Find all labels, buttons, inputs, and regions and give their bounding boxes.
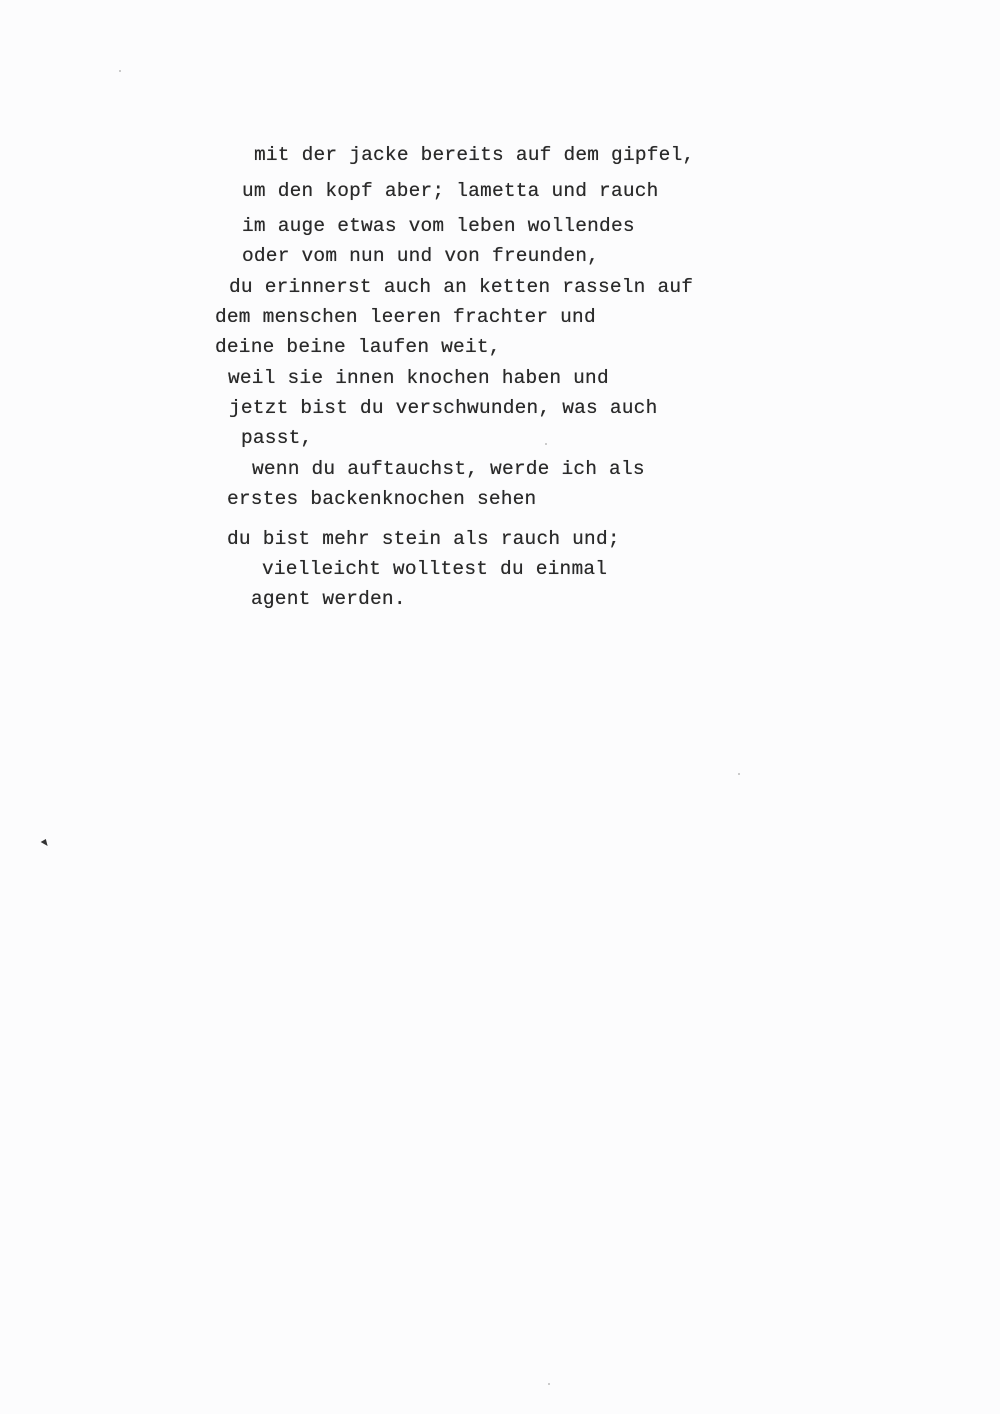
poem-line: agent werden.: [251, 588, 406, 610]
poem-line: mit der jacke bereits auf dem gipfel,: [254, 144, 694, 166]
poem-body: mit der jacke bereits auf dem gipfel, um…: [0, 0, 1000, 1414]
poem-line: oder vom nun und von freunden,: [242, 245, 599, 267]
typewritten-page: mit der jacke bereits auf dem gipfel, um…: [0, 0, 1000, 1414]
poem-line: um den kopf aber; lametta und rauch: [242, 180, 659, 202]
paper-speck: [548, 1383, 550, 1385]
poem-line: deine beine laufen weit,: [215, 336, 501, 358]
poem-line: du erinnerst auch an ketten rasseln auf: [229, 276, 693, 298]
poem-line: wenn du auftauchst, werde ich als: [252, 458, 645, 480]
paper-speck: [119, 70, 121, 72]
poem-line: weil sie innen knochen haben und: [228, 367, 609, 389]
poem-line: passt,: [241, 427, 312, 449]
poem-line: erstes backenknochen sehen: [227, 488, 536, 510]
poem-line: dem menschen leeren frachter und: [215, 306, 596, 328]
poem-line: du bist mehr stein als rauch und;: [227, 528, 620, 550]
paper-speck: [738, 773, 740, 775]
poem-line: jetzt bist du verschwunden, was auch: [229, 397, 657, 419]
poem-line: vielleicht wolltest du einmal: [262, 558, 607, 580]
paper-speck: [545, 443, 547, 445]
poem-line: im auge etwas vom leben wollendes: [242, 215, 635, 237]
